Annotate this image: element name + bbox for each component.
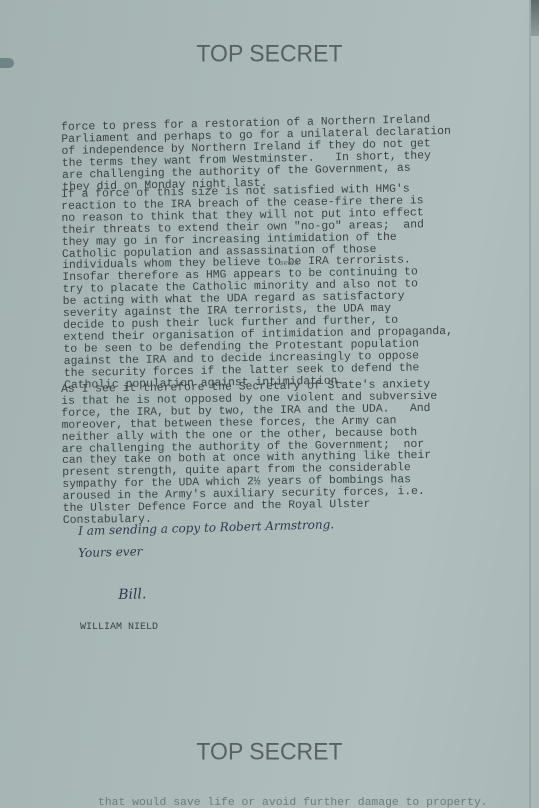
handwritten-signature: Bill. [118, 586, 147, 603]
page-curl [531, 0, 539, 36]
paragraph-3: As I see it therefore the Secretary of S… [61, 378, 533, 527]
handwritten-insertion: seem [280, 259, 299, 267]
paragraph-2: If a force of this size is not satisfied… [61, 183, 534, 393]
classification-stamp-top: TOP SECRET [0, 39, 539, 67]
typed-signatory: WILLIAM NIELD [80, 622, 158, 633]
next-page-cutoff-text: that would save life or avoid further da… [98, 797, 488, 808]
paragraph-1: force to press for a restoration of a No… [61, 113, 532, 194]
handwritten-closing: Yours ever [78, 544, 143, 560]
classification-stamp-bottom: TOP SECRET [0, 737, 539, 765]
